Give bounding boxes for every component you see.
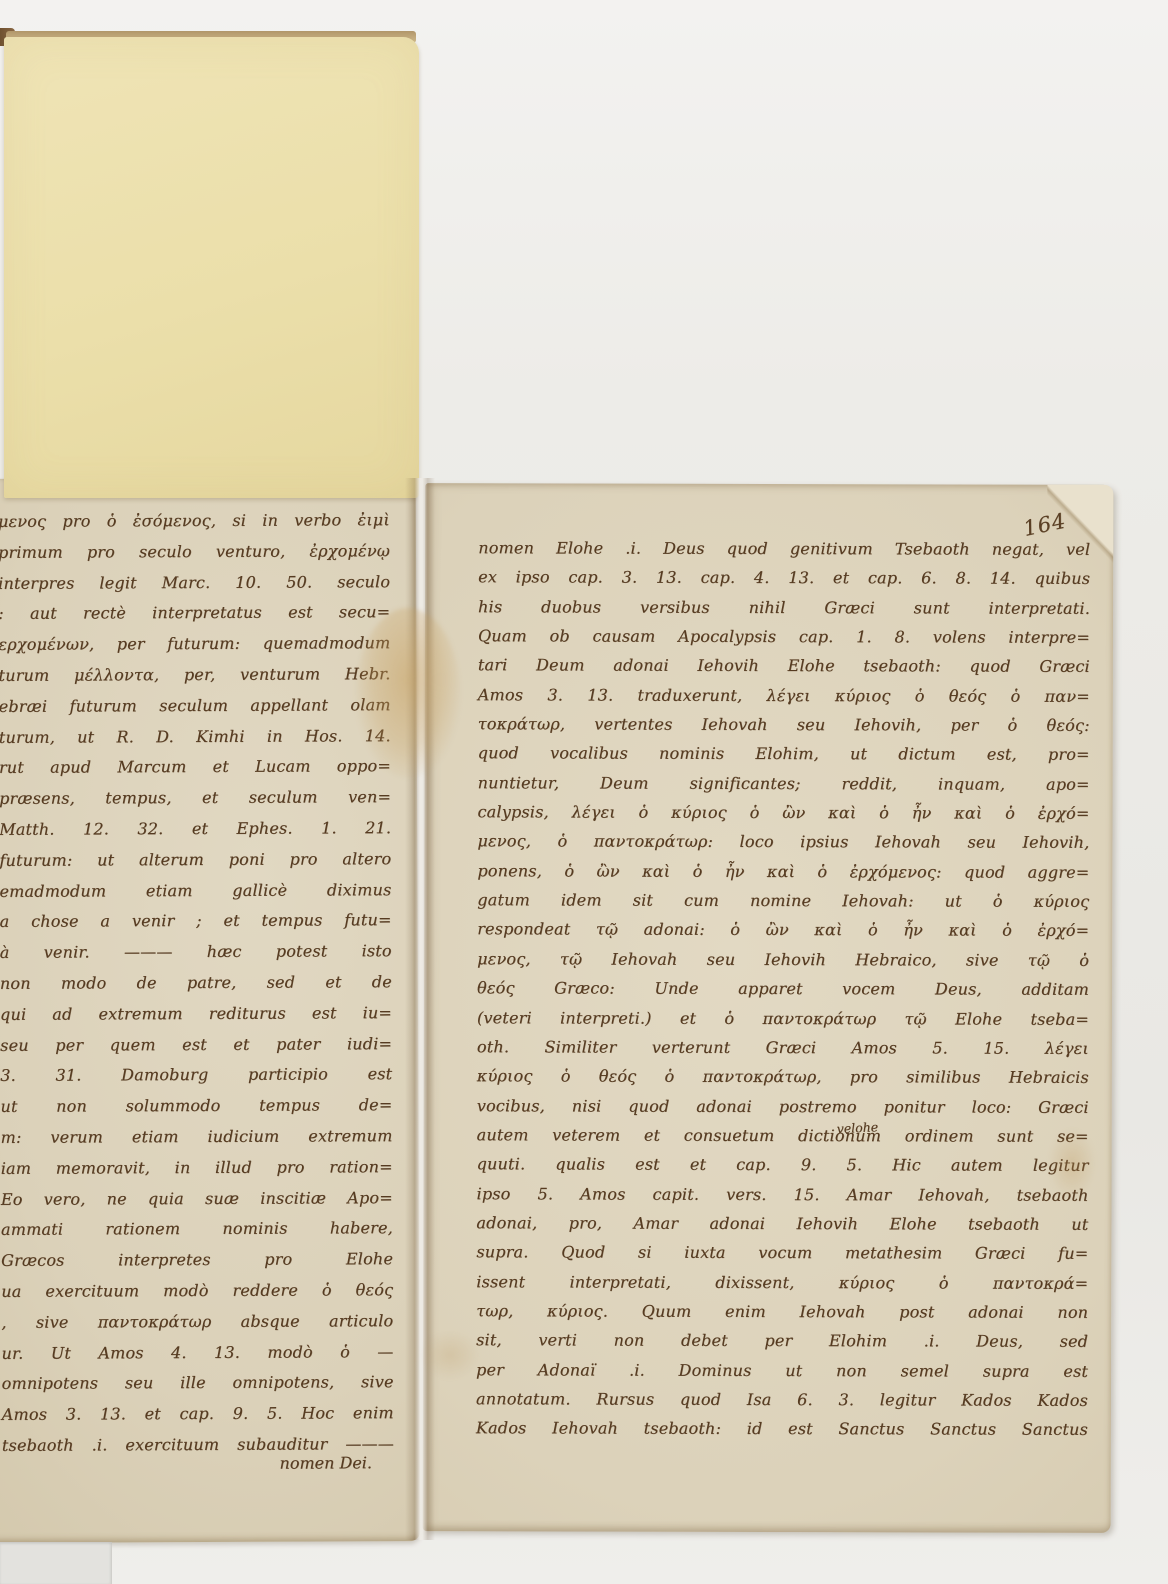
page-stain xyxy=(1048,1128,1096,1200)
manuscript-line: non modo de patre, sed et de xyxy=(0,967,392,1000)
manuscript-line: vocibus, nisi quod adonai postremo ponit… xyxy=(477,1091,1089,1122)
manuscript-line: adonai, pro, Amar adonai Iehovih Elohe t… xyxy=(476,1208,1088,1239)
manuscript-line: ua exercituum modò reddere ὁ θεός xyxy=(1,1275,393,1308)
catchword: nomen Dei. xyxy=(2,1453,394,1474)
left-page-text: μενος pro ὁ ἐσόμενος, si in verbo ἐιμὶpr… xyxy=(0,505,394,1461)
manuscript-line: ipso 5. Amos capit. vers. 15. Amar Iehov… xyxy=(476,1179,1088,1210)
manuscript-line: m: verum etiam iudicium extremum xyxy=(0,1121,392,1154)
manuscript-line: per Adonaï .i. Dominus ut non semel supr… xyxy=(476,1355,1088,1386)
manuscript-line: 3. 31. Damoburg participio est xyxy=(0,1060,392,1093)
manuscript-line: iam memoravit, in illud pro ration= xyxy=(1,1152,393,1185)
manuscript-line: (veteri interpreti.) et ὁ παντοκράτωρ τῷ… xyxy=(477,1003,1089,1034)
manuscript-line: Quam ob causam Apocalypsis cap. 1. 8. vo… xyxy=(478,621,1090,652)
manuscript-line: omnipotens seu ille omnipotens, sive xyxy=(2,1367,394,1400)
right-page: 164 nomen Elohe .i. Deus quod genitivum … xyxy=(423,483,1114,1533)
manuscript-line: ebræi futurum seculum appellant olam xyxy=(0,690,391,723)
manuscript-line: θεός Græco: Unde apparet vocem Deus, add… xyxy=(477,973,1089,1004)
manuscript-line: ερχομένων, per futurum: quemadmodum xyxy=(0,628,390,661)
manuscript-line: annotatum. Rursus quod Isa 6. 3. legitur… xyxy=(476,1384,1088,1415)
manuscript-line: , sive παντοκράτωρ absque articulo xyxy=(1,1306,393,1339)
manuscript-line: : aut rectè interpretatus est secu= xyxy=(0,598,390,631)
manuscript-line: supra. Quod si iuxta vocum metathesim Gr… xyxy=(476,1237,1088,1268)
manuscript-line: gatum idem sit cum nomine Iehovah: ut ὁ … xyxy=(477,885,1089,916)
interleaf-sheet xyxy=(4,37,419,498)
manuscript-line: præsens, tempus, et seculum ven= xyxy=(0,782,391,815)
left-page-surface: μενος pro ὁ ἐσόμενος, si in verbo ἐιμὶpr… xyxy=(0,477,420,1543)
manuscript-line: Eo vero, ne quia suæ inscitiæ Apo= xyxy=(1,1183,393,1216)
manuscript-line: Græcos interpretes pro Elohe xyxy=(1,1244,393,1277)
manuscript-line: Matth. 12. 32. et Ephes. 1. 21. xyxy=(0,813,391,846)
manuscript-line: tari Deum adonai Iehovih Elohe tsebaoth:… xyxy=(478,651,1090,682)
manuscript-line: Kados Iehovah tsebaoth: id est Sanctus S… xyxy=(476,1414,1088,1445)
manuscript-line: turum μέλλοντα, per, venturum Hebr. xyxy=(0,659,391,692)
manuscript-line: quuti. qualis est et cap. 9. 5. Hic aute… xyxy=(477,1149,1089,1180)
manuscript-line: μενος, τῷ Iehovah seu Iehovih Hebraico, … xyxy=(477,944,1089,975)
manuscript-line: autem veterem et consuetum dictionum ord… xyxy=(477,1120,1089,1151)
manuscript-line: ex ipso cap. 3. 13. cap. 4. 13. et cap. … xyxy=(478,563,1090,594)
right-page-text: nomen Elohe .i. Deus quod genitivum Tseb… xyxy=(476,533,1090,1444)
manuscript-line: ur. Ut Amos 4. 13. modò ὁ — xyxy=(1,1337,393,1370)
lower-sheet-edge xyxy=(0,1542,112,1584)
manuscript-line: qui ad extremum rediturus est iu= xyxy=(0,998,392,1031)
manuscript-line: rut apud Marcum et Lucam oppo= xyxy=(0,752,391,785)
right-page-surface: 164 nomen Elohe .i. Deus quod genitivum … xyxy=(423,483,1114,1533)
scan-background: { "document": { "kind": "Handwritten man… xyxy=(0,0,1168,1584)
manuscript-line: quod vocalibus nominis Elohim, ut dictum… xyxy=(478,739,1090,770)
manuscript-line: respondeat τῷ adonai: ὁ ὢν καὶ ὁ ἦν καὶ … xyxy=(477,915,1089,946)
manuscript-line: τωρ, κύριος. Quum enim Iehovah post adon… xyxy=(476,1296,1088,1327)
manuscript-line: futurum: ut alterum poni pro altero xyxy=(0,844,391,877)
manuscript-line: interpres legit Marc. 10. 50. seculo xyxy=(0,567,390,600)
manuscript-line: primum pro seculo venturo, ἐρχομένῳ xyxy=(0,536,390,569)
manuscript-line: ut non solummodo tempus de= xyxy=(0,1090,392,1123)
manuscript-line: nomen Elohe .i. Deus quod genitivum Tseb… xyxy=(478,533,1090,564)
manuscript-line: τοκράτωρ, vertentes Iehovah seu Iehovih,… xyxy=(478,709,1090,740)
manuscript-line: emadmodum etiam gallicè diximus xyxy=(0,875,392,908)
manuscript-line: μενος, ὁ παντοκράτωρ: loco ipsius Iehova… xyxy=(477,827,1089,858)
catchword-row: nomen Dei. xyxy=(2,1449,394,1474)
manuscript-line: nuntietur, Deum significantes; reddit, i… xyxy=(478,768,1090,799)
manuscript-line: à venir. ——— hæc potest isto xyxy=(0,936,392,969)
page-stain xyxy=(420,1330,480,1380)
manuscript-line: his duobus versibus nihil Græci sunt int… xyxy=(478,592,1090,623)
manuscript-line: sit, verti non debet per Elohim .i. Deus… xyxy=(476,1326,1088,1357)
interlinear-insertion: velohe xyxy=(836,1119,878,1136)
manuscript-line: calypsis, λέγει ὁ κύριος ὁ ὢν καὶ ὁ ἦν κ… xyxy=(477,797,1089,828)
gutter-stain xyxy=(356,608,460,778)
manuscript-line: a chose a venir ; et tempus futu= xyxy=(0,906,392,939)
manuscript-line: κύριος ὁ θεός ὁ παντοκράτωρ, pro similib… xyxy=(477,1061,1089,1092)
manuscript-line: issent interpretati, dixissent, κύριος ὁ… xyxy=(476,1267,1088,1298)
manuscript-line: μενος pro ὁ ἐσόμενος, si in verbo ἐιμὶ xyxy=(0,505,390,538)
left-page: μενος pro ὁ ἐσόμενος, si in verbo ἐιμὶpr… xyxy=(0,477,420,1543)
manuscript-line: ammati rationem nominis habere, xyxy=(1,1213,393,1246)
manuscript-line: turum, ut R. D. Kimhi in Hos. 14. xyxy=(0,721,391,754)
manuscript-line: seu per quem est et pater iudi= xyxy=(0,1029,392,1062)
manuscript-line: Amos 3. 13. traduxerunt, λέγει κύριος ὁ … xyxy=(478,680,1090,711)
manuscript-line: oth. Similiter verterunt Græci Amos 5. 1… xyxy=(477,1032,1089,1063)
manuscript-line: Amos 3. 13. et cap. 9. 5. Hoc enim xyxy=(2,1398,394,1431)
manuscript-line: ponens, ὁ ὢν καὶ ὁ ἦν καὶ ὁ ἐρχόμενος: q… xyxy=(477,856,1089,887)
